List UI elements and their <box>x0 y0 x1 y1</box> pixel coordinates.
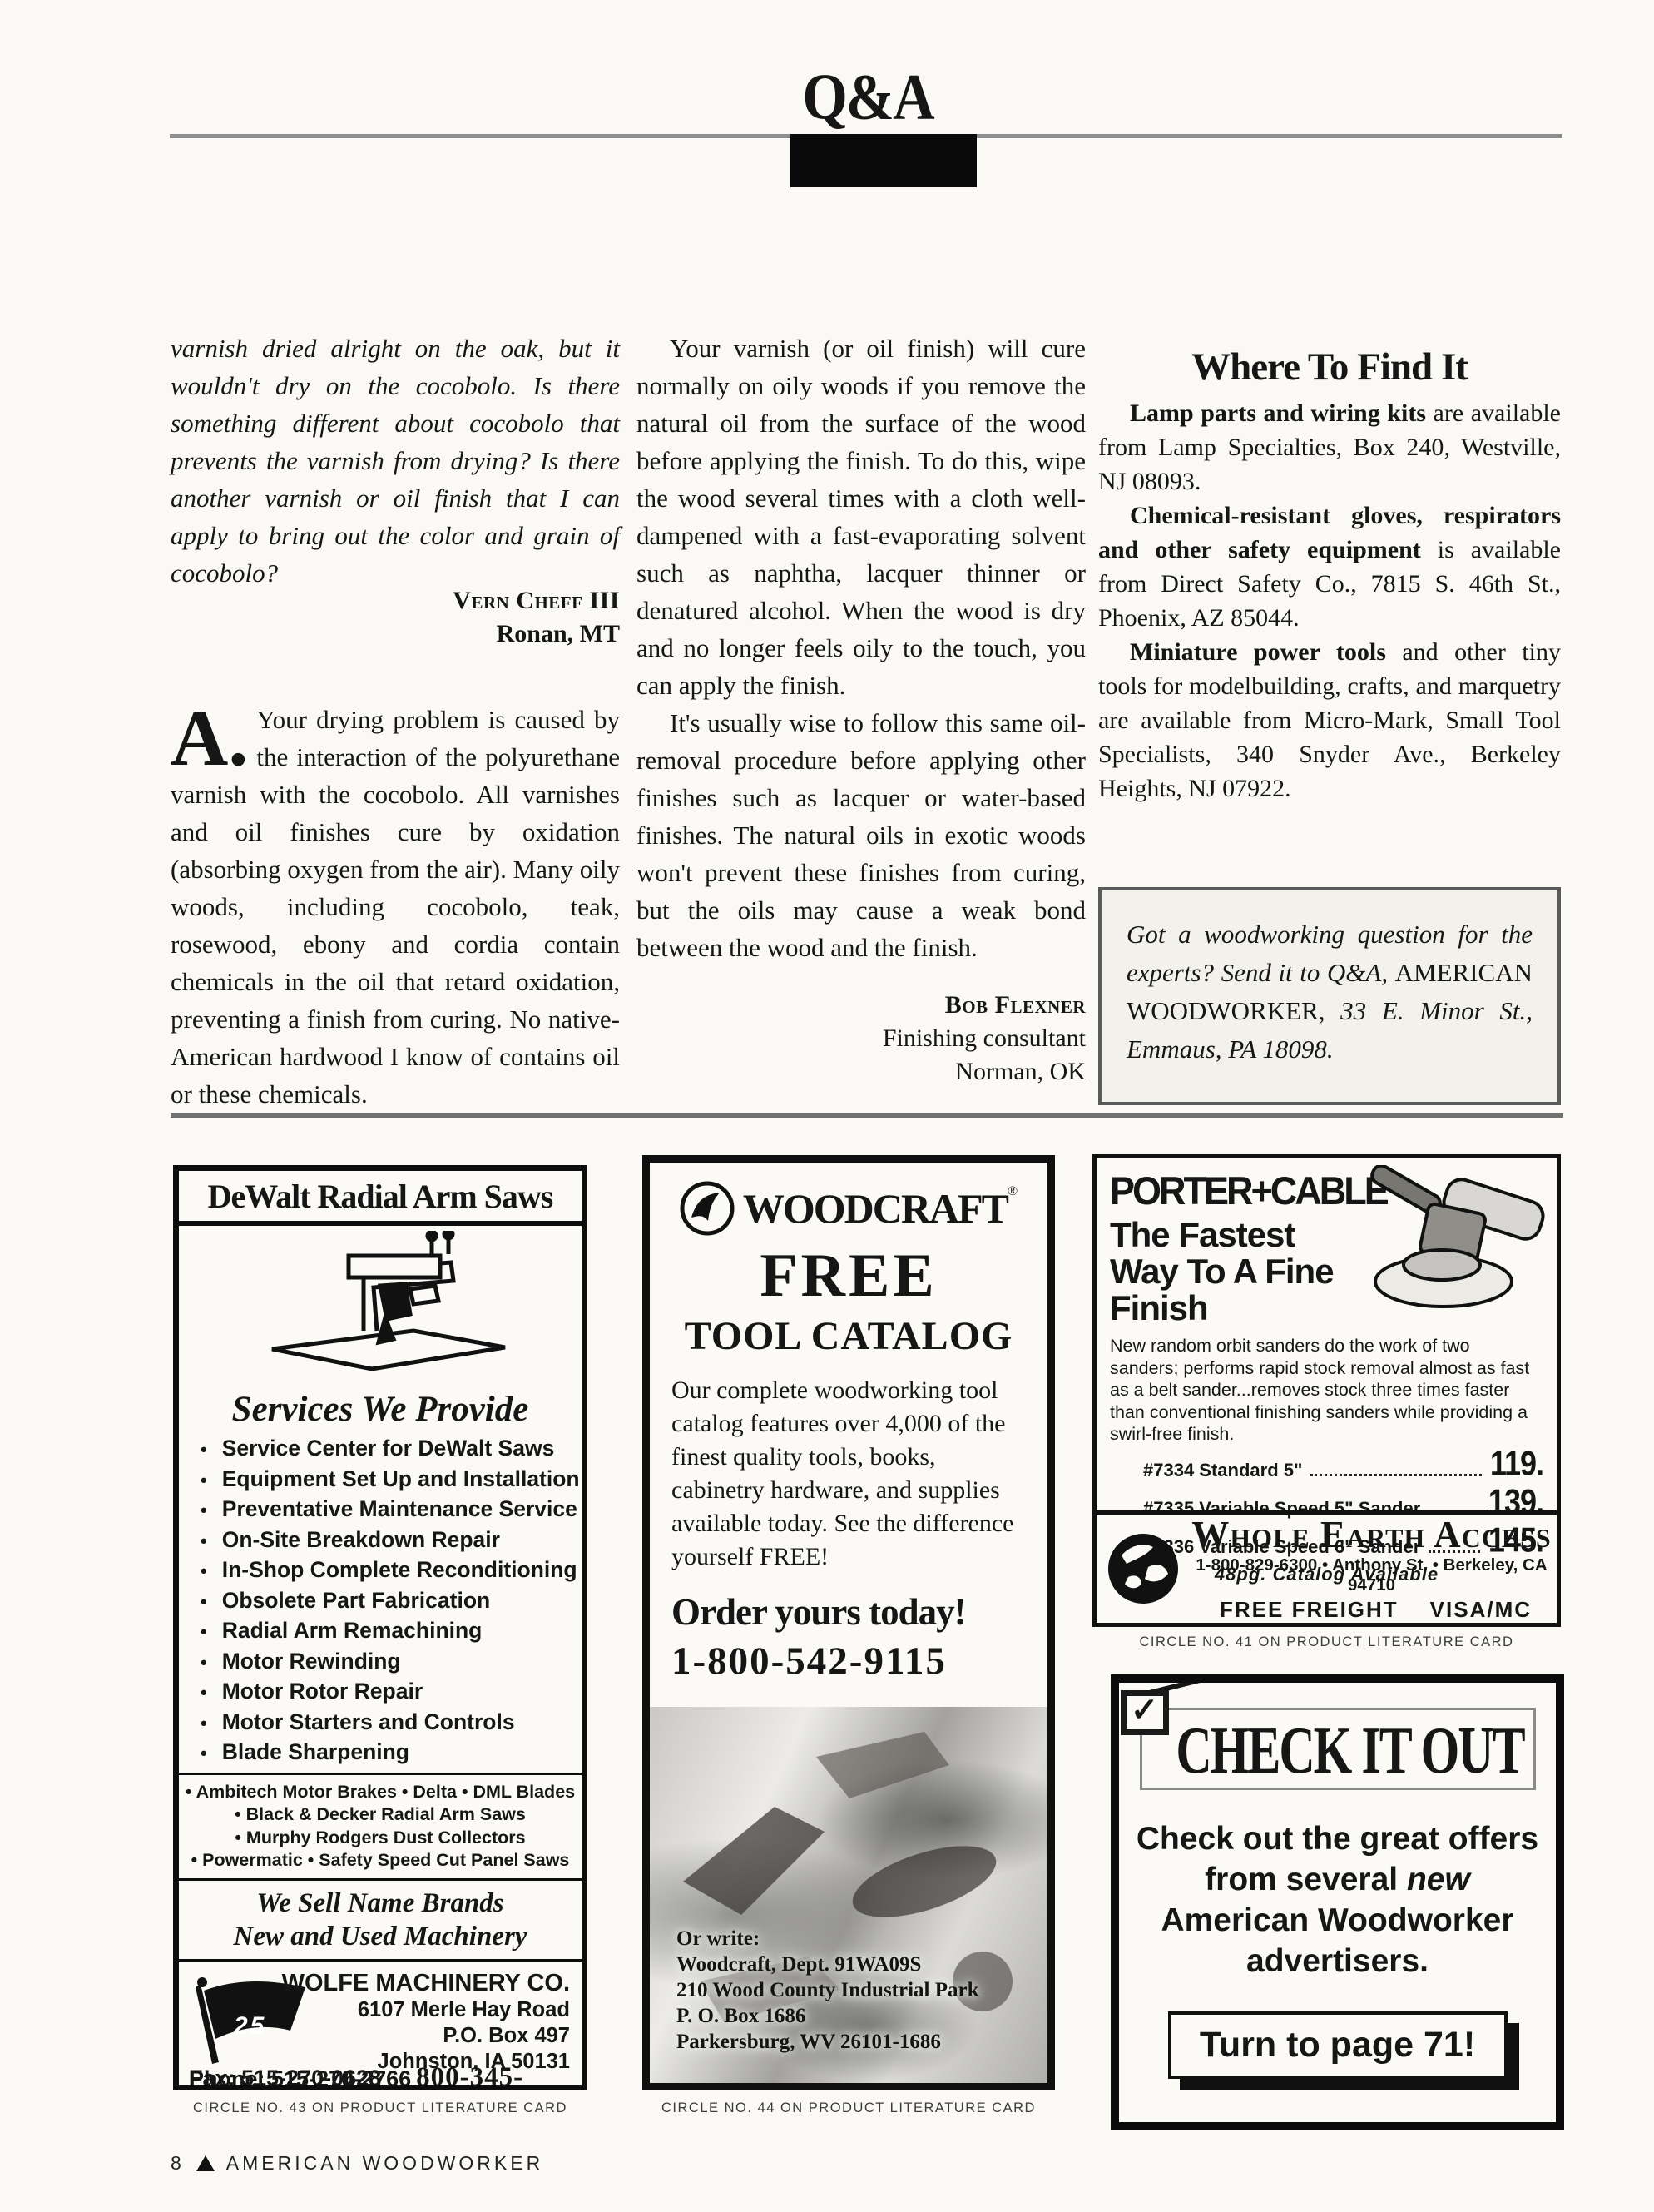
radial-arm-saw-icon <box>239 1231 522 1384</box>
divider <box>179 1878 582 1881</box>
answer-city: Norman, OK <box>636 1055 1086 1089</box>
circle-note-43: CIRCLE NO. 43 ON PRODUCT LITERATURE CARD <box>173 2100 587 2116</box>
answer-paragraph: Your varnish (or oil finish) will cure n… <box>636 330 1086 704</box>
where-to-find-it: Where To Find It Lamp parts and wiring k… <box>1098 345 1561 806</box>
price-item: #7334 Standard 5" <box>1143 1460 1302 1481</box>
service-item: In-Shop Complete Reconditioning <box>201 1555 582 1586</box>
header-black-block <box>790 134 977 187</box>
section-divider-rule <box>171 1113 1563 1118</box>
dewalt-ad-title: DeWalt Radial Arm Saws <box>179 1171 582 1226</box>
page-number: 8 <box>171 2152 185 2175</box>
where-title: Where To Find It <box>1098 345 1561 389</box>
whole-earth-access-strip: Whole Earth Access 1-800-829-6300 • Anth… <box>1097 1510 1557 1623</box>
where-item: Lamp parts and wiring kits are available… <box>1098 396 1561 498</box>
magazine-name: AMERICAN WOODWORKER <box>226 2152 543 2175</box>
registered-mark: ® <box>1008 1184 1018 1198</box>
where-item: Chemical-resistant gloves, respirators a… <box>1098 498 1561 635</box>
question-city: Ronan, MT <box>171 617 620 651</box>
check-it-out-logo-text: CHECK IT OUT <box>1176 1712 1523 1789</box>
where-item-lead: Lamp parts and wiring kits <box>1130 399 1426 427</box>
check-it-out-text: Check out the great offers from several … <box>1119 1818 1556 1981</box>
radial-arm-saw-illustration <box>179 1226 582 1389</box>
woodcraft-body-text: Our complete woodworking tool catalog fe… <box>671 1374 1026 1574</box>
answer-signature: Bob Flexner Finishing consultant Norman,… <box>636 989 1086 1089</box>
answer-text: A.Your drying problem is caused by the i… <box>171 701 620 1113</box>
company-address: 6107 Merle Hay Road <box>282 1997 570 2023</box>
circle-note-41: CIRCLE NO. 41 ON PRODUCT LITERATURE CARD <box>1092 1634 1561 1650</box>
page-title: Q&A <box>41 61 1654 136</box>
magazine-page: Q&A varnish dried alright on the oak, bu… <box>0 0 1654 2212</box>
porter-headline: The Fastest Way To A Fine Finish <box>1110 1217 1368 1327</box>
answer-column-2: Your varnish (or oil finish) will cure n… <box>636 330 1086 966</box>
woodcraft-phone: 1-800-542-9115 <box>671 1639 1026 1684</box>
brand-line: • Murphy Rodgers Dust Collectors <box>179 1827 582 1850</box>
woodcraft-address-block: Or write: Woodcraft, Dept. 91WA09S 210 W… <box>676 1926 979 2055</box>
service-item: Preventative Maintenance Service <box>201 1495 582 1525</box>
whole-earth-brand: Whole Earth Access <box>1186 1515 1557 1554</box>
brand-line: • Powermatic • Safety Speed Cut Panel Sa… <box>179 1849 582 1872</box>
sander-illustration <box>1344 1165 1552 1323</box>
turn-to-page-button: Turn to page 71! <box>1168 2011 1508 2079</box>
service-item: Motor Rotor Repair <box>201 1677 582 1708</box>
wolfe-machinery-block: 25 WOLFE MACHINERY CO. 6107 Merle Hay Ro… <box>179 1966 582 2091</box>
woodcraft-logo-row: WOODCRAFT® <box>671 1181 1026 1236</box>
service-item: Blade Sharpening <box>201 1738 582 1768</box>
check-it-out-logo: ✓ CHECK IT OUT <box>1140 1708 1536 1790</box>
address-line: Parkersburg, WV 26101-1686 <box>676 2029 979 2055</box>
woodcraft-ad: WOODCRAFT® FREE TOOL CATALOG Our complet… <box>642 1155 1055 2090</box>
answer-author: Bob Flexner <box>636 989 1086 1022</box>
visa-mc-label: VISA/MC <box>1430 1597 1532 1623</box>
address-line: 210 Wood County Industrial Park <box>676 1977 979 2003</box>
cio-text-em: new <box>1407 1862 1470 1897</box>
free-freight-label: FREE FREIGHT <box>1220 1597 1399 1623</box>
circle-note-44: CIRCLE NO. 44 ON PRODUCT LITERATURE CARD <box>642 2100 1055 2116</box>
globe-icon <box>1105 1530 1181 1607</box>
price-value: 119. <box>1490 1443 1543 1483</box>
question-signature: Vern Cheff III Ronan, MT <box>171 584 620 651</box>
checkbox-icon: ✓ <box>1121 1690 1169 1735</box>
tools-photo: Or write: Woodcraft, Dept. 91WA09S 210 W… <box>650 1707 1047 2083</box>
free-headline: FREE <box>671 1241 1026 1312</box>
company-name: WOLFE MACHINERY CO. <box>282 1969 570 1997</box>
check-it-out-ad: ✓ CHECK IT OUT Check out the great offer… <box>1111 1674 1564 2130</box>
triangle-icon <box>196 2155 215 2171</box>
service-item: Service Center for DeWalt Saws <box>201 1434 582 1465</box>
porter-body-text: New random orbit sanders do the work of … <box>1110 1335 1543 1446</box>
where-item: Miniature power tools and other tiny too… <box>1098 635 1561 806</box>
question-submission-box: Got a woodworking question for the exper… <box>1098 887 1561 1105</box>
cio-text-before: Check out the great offers from several <box>1137 1821 1538 1897</box>
company-fax: Fax: 515-270-0628800-345-6659 <box>189 2062 582 2091</box>
question-author: Vern Cheff III <box>171 584 620 617</box>
tool-catalog-headline: TOOL CATALOG <box>671 1313 1026 1359</box>
dewalt-ad: DeWalt Radial Arm Saws Services We Provi… <box>173 1165 587 2090</box>
service-item: Obsolete Part Fabrication <box>201 1586 582 1617</box>
services-list: Service Center for DeWalt Saws Equipment… <box>179 1434 582 1768</box>
services-heading: Services We Provide <box>179 1389 582 1431</box>
cio-text-after: American Woodworker advertisers. <box>1161 1902 1513 1979</box>
brand-line: • Ambitech Motor Brakes • Delta • DML Bl… <box>179 1781 582 1804</box>
page-footer: 8 AMERICAN WOODWORKER <box>171 2152 543 2175</box>
answer-dropcap: A. <box>171 701 256 771</box>
where-item-lead: Miniature power tools <box>1130 638 1386 666</box>
service-item: Radial Arm Remachining <box>201 1616 582 1647</box>
address-line: Woodcraft, Dept. 91WA09S <box>676 1952 979 1977</box>
divider <box>179 1959 582 1962</box>
service-item: Motor Rewinding <box>201 1647 582 1678</box>
company-address: P.O. Box 497 <box>282 2023 570 2049</box>
price-row: #7334 Standard 5" 119. <box>1143 1449 1543 1484</box>
divider <box>179 1773 582 1775</box>
porter-cable-ad: PORTER+CABLE The Fastest Way To A Fine F… <box>1092 1154 1561 1627</box>
price-leader <box>1310 1474 1481 1476</box>
woodcraft-logo-icon <box>680 1181 735 1236</box>
write-label: Or write: <box>676 1926 979 1952</box>
brands-list: • Ambitech Motor Brakes • Delta • DML Bl… <box>179 1779 582 1874</box>
woodcraft-brand: WOODCRAFT <box>743 1185 1008 1232</box>
whole-earth-address: 1-800-829-6300 • Anthony St. • Berkeley,… <box>1186 1555 1557 1595</box>
question-text: varnish dried alright on the oak, but it… <box>171 330 620 592</box>
flag-number: 25 <box>234 2012 266 2041</box>
answer-paragraph: It's usually wise to follow this same oi… <box>636 704 1086 966</box>
tagline-line: We Sell Name Brands <box>179 1887 582 1920</box>
fax-number: Fax: 515-270-0628 <box>189 2066 381 2090</box>
brand-line: • Black & Decker Radial Arm Saws <box>179 1803 582 1827</box>
answer-role: Finishing consultant <box>636 1022 1086 1055</box>
service-item: Motor Starters and Controls <box>201 1708 582 1738</box>
order-line: Order yours today! <box>671 1590 1026 1634</box>
service-item: On-Site Breakdown Repair <box>201 1525 582 1556</box>
address-line: P. O. Box 1686 <box>676 2003 979 2029</box>
tagline-line: New and Used Machinery <box>179 1920 582 1953</box>
service-item: Equipment Set Up and Installation <box>201 1465 582 1495</box>
tagline: We Sell Name Brands New and Used Machine… <box>179 1885 582 1955</box>
